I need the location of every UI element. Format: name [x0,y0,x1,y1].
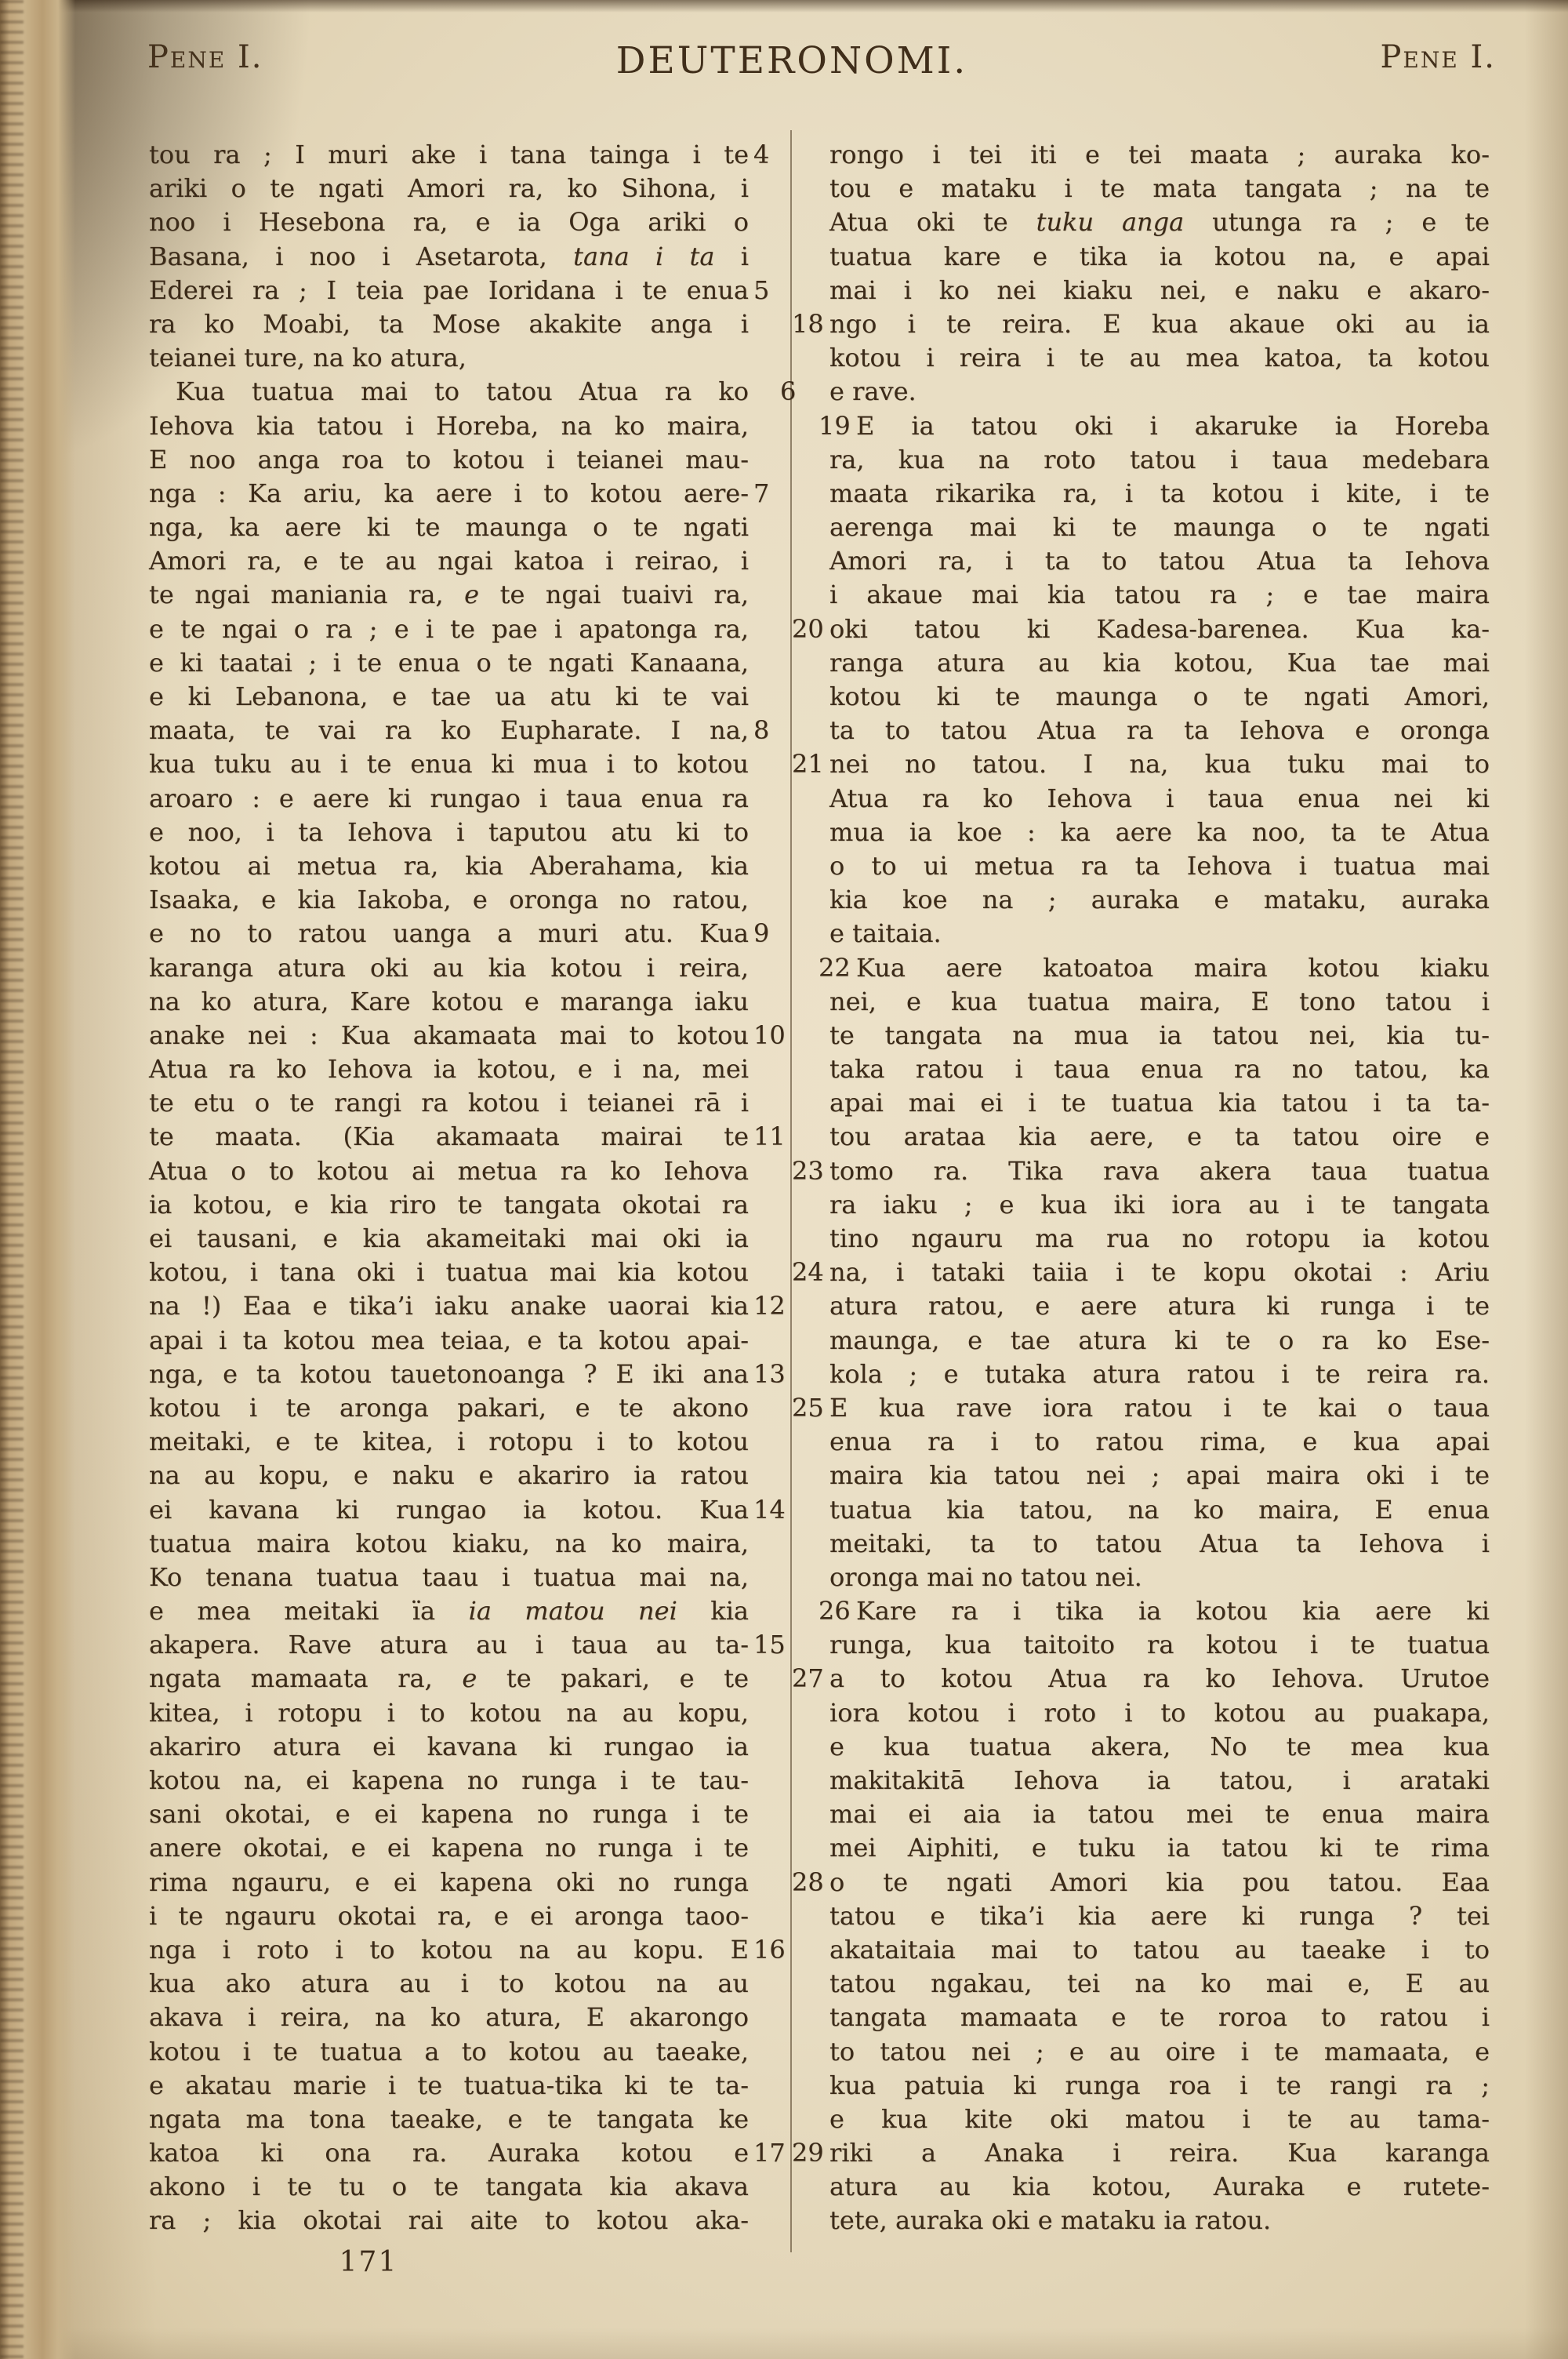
line-text: nga : Ka ariu, ka aere i to kotou aere- [149,478,749,508]
text-line: mua ia koe : ka aere ka noo, ta te Atua [829,816,1490,849]
text-line: akapera. Rave atura au i taua au ta-15 [149,1628,749,1662]
text-line: E noo anga roa to kotou i teianei mau- [149,443,749,477]
verse-number: 12 [753,1289,789,1323]
text-line: meitaki, ta to tatou Atua ta Iehova i [829,1527,1490,1561]
line-text: kotou i te tuatua a to kotou au taeake, [149,2037,749,2066]
line-text: kitea, i rotopu i to kotou na au kopu, [149,1698,749,1728]
line-text: ngata mamaata ra, e te pakari, e te [149,1663,749,1693]
text-line: na au kopu, e naku e akariro ia ratou [149,1459,749,1492]
verse-number: 19 [792,409,826,443]
text-line: tou ra ; I muri ake i tana tainga i te4 [149,138,749,172]
text-line: na, i tataki taiia i te kopu okotai : Ar… [829,1256,1490,1289]
line-text: e taitaia. [829,918,942,948]
line-text: ngo i te reira. E kua akaue oki au ia [829,309,1490,339]
text-line: kotou ki te maunga o te ngati Amori, [829,680,1490,714]
line-text: E noo anga roa to kotou i teianei mau- [149,445,749,474]
text-line: Basana, i noo i Asetarota, tana i ta i [149,240,749,274]
text-line: te maata. (Kia akamaata mairai te11 [149,1120,749,1154]
text-line: tuatua kia tatou, na ko maira, E enua [829,1493,1490,1527]
text-line: aerenga mai ki te maunga o te ngati [829,511,1490,544]
text-line: nga i roto i to kotou na au kopu. E16 [149,1933,749,1967]
line-text: mei Aiphiti, e tuku ia tatou ki te rima [829,1833,1490,1863]
line-text: Atua ra ko Iehova i taua enua nei ki [829,783,1490,813]
text-line: rongo i tei iti e tei maata ; auraka ko- [829,138,1490,172]
line-text: Atua o to kotou ai metua ra ko Iehova [149,1156,749,1186]
line-text: to tatou nei ; e au oire i te mamaata, e [829,2037,1490,2066]
line-text: kotou ki te maunga o te ngati Amori, [829,682,1490,711]
text-line: mai i ko nei kiaku nei, e naku e akaro- [829,274,1490,307]
text-line: tou e mataku i te mata tangata ; na te [829,172,1490,205]
text-line: e kua tuatua akera, No te mea kua [829,1730,1490,1764]
text-line: Ko tenana tuatua taau i tuatua mai na, [149,1561,749,1594]
text-line: meitaki, e te kitea, i rotopu i to kotou [149,1425,749,1459]
text-line: nei no tatou. I na, kua tuku mai to21 [829,747,1490,781]
line-text: Ederei ra ; I teia pae Ioridana i te enu… [149,275,749,305]
text-line: enua ra i to ratou rima, e kua apai [829,1425,1490,1459]
line-text: a to kotou Atua ra ko Iehova. Urutoe [829,1663,1490,1693]
line-text: Iehova kia tatou i Horeba, na ko maira, [149,411,749,441]
line-text: tomo ra. Tika rava akera taua tuatua [829,1156,1490,1186]
line-text: akariro atura ei kavana ki rungao ia [149,1732,749,1761]
line-text: tuatua kia tatou, na ko maira, E enua [829,1495,1490,1525]
text-line: Atua oki te tuku anga utunga ra ; e te [829,205,1490,239]
line-text: e ki taatai ; i te enua o te ngati Kanaa… [149,648,749,678]
line-text: e kua kite oki matou i te au tama- [829,2104,1490,2134]
text-line: tou arataa kia aere, e ta tatou oire e [829,1120,1490,1154]
page-number: 171 [339,2246,398,2278]
text-line: tomo ra. Tika rava akera taua tuatua23 [829,1154,1490,1188]
line-text: te tangata na mua ia tatou nei, kia tu- [829,1020,1490,1050]
text-line: Amori ra, e te au ngai katoa i reirao, i [149,544,749,578]
text-line: Ederei ra ; I teia pae Ioridana i te enu… [149,274,749,307]
line-text: e kua tuatua akera, No te mea kua [829,1732,1490,1761]
text-line: kotou i te tuatua a to kotou au taeake, [149,2035,749,2069]
line-text: nei no tatou. I na, kua tuku mai to [829,749,1490,779]
line-text: nga, ka aere ki te maunga o te ngati [149,512,749,542]
line-text: kotou ai metua ra, kia Aberahama, kia [149,851,749,881]
text-line: kotou, i tana oki i tuatua mai kia kotou [149,1256,749,1289]
line-text: anere okotai, e ei kapena no runga i te [149,1833,749,1863]
line-text: e rave. [829,376,916,406]
right-column: rongo i tei iti e tei maata ; auraka ko-… [829,138,1490,2238]
text-line: i te ngauru okotai ra, e ei aronga taoo- [149,1899,749,1933]
line-text: ta to tatou Atua ra ta Iehova e oronga [829,715,1490,745]
text-line: iora kotou i roto i to kotou au puakapa, [829,1696,1490,1730]
line-text: kotou i reira i te au mea katoa, ta koto… [829,343,1490,373]
text-line: ra ; kia okotai rai aite to kotou aka- [149,2204,749,2237]
book-gutter [0,0,75,2359]
text-line: e taitaia. [829,917,1490,951]
text-line: Atua o to kotou ai metua ra ko Iehova [149,1154,749,1188]
text-line: Amori ra, i ta to tatou Atua ta Iehova [829,544,1490,578]
verse-number: 20 [792,612,826,646]
line-text: tou ra ; I muri ake i tana tainga i te [149,140,749,169]
text-line: akava i reira, na ko atura, E akarongo [149,2001,749,2034]
text-line: Isaaka, e kia Iakoba, e oronga no ratou, [149,883,749,917]
text-line: kotou i te aronga pakari, e te akono [149,1391,749,1425]
line-text: atura au kia kotou, Auraka e rutete- [829,2172,1490,2201]
line-text: riki a Anaka i reira. Kua karanga [829,2138,1490,2168]
verse-number: 29 [792,2136,826,2170]
verse-number: 22 [792,951,826,985]
verse-number: 27 [792,1662,826,1696]
line-text: aerenga mai ki te maunga o te ngati [829,512,1490,542]
text-line: ranga atura au kia kotou, Kua tae mai [829,646,1490,680]
line-text: ra, kua na roto tatou i taua medebara [829,445,1490,474]
line-text: Kua aere katoatoa maira kotou kiaku [856,953,1490,983]
line-text: rongo i tei iti e tei maata ; auraka ko- [829,140,1490,169]
text-line: kua tuku au i te enua ki mua i to kotou [149,747,749,781]
text-line: anake nei : Kua akamaata mai to kotou10 [149,1019,749,1052]
text-line: tangata mamaata e te roroa to ratou i [829,2001,1490,2034]
text-line: na !) Eaa e tika’i iaku anake uaorai kia… [149,1289,749,1323]
line-text: kotou i te aronga pakari, e te akono [149,1393,749,1423]
text-line: anere okotai, e ei kapena no runga i te [149,1831,749,1865]
text-line: karanga atura oki au kia kotou i reira, [149,951,749,985]
verse-number: 26 [792,1594,826,1628]
verse-number: 25 [792,1391,826,1425]
text-line: Atua ra ko Iehova i taua enua nei ki [829,782,1490,816]
line-text: apai i ta kotou mea teiaa, e ta kotou ap… [149,1325,749,1355]
line-text: E ia tatou oki i akaruke ia Horeba [856,411,1490,441]
text-line: teianei ture, na ko atura, [149,341,749,375]
text-line: E kua rave iora ratou i te kai o taua25 [829,1391,1490,1425]
line-text: e mea meitaki ïa ia matou nei kia [149,1596,749,1626]
text-line: maata, te vai ra ko Eupharate. I na,8 [149,714,749,747]
line-text: ariki o te ngati Amori ra, ko Sihona, i [149,173,749,203]
line-text: te ngai maniania ra, e te ngai tuaivi ra… [149,580,749,609]
line-text: e akatau marie i te tuatua-tika ki te ta… [149,2070,749,2100]
line-text: na !) Eaa e tika’i iaku anake uaorai kia [149,1291,749,1321]
line-text: Atua oki te tuku anga utunga ra ; e te [829,207,1490,237]
line-text: aroaro : e aere ki rungao i taua enua ra [149,783,749,813]
text-line: kola ; e tutaka atura ratou i te reira r… [829,1358,1490,1391]
line-text: ra iaku ; e kua iki iora au i te tangata [829,1190,1490,1219]
line-text: tou e mataku i te mata tangata ; na te [829,173,1490,203]
text-line: tatou ngakau, tei na ko mai e, E au [829,1967,1490,2001]
text-line: taka ratou i taua enua ra no tatou, ka [829,1052,1490,1086]
line-text: meitaki, ta to tatou Atua ta Iehova i [829,1528,1490,1558]
text-line: kotou i reira i te au mea katoa, ta koto… [829,341,1490,375]
text-line: kotou na, ei kapena no runga i te tau- [149,1764,749,1797]
verse-number: 5 [753,274,789,307]
line-text: Basana, i noo i Asetarota, tana i ta i [149,242,749,271]
text-line: te tangata na mua ia tatou nei, kia tu- [829,1019,1490,1052]
verse-number: 13 [753,1358,789,1391]
line-text: tangata mamaata e te roroa to ratou i [829,2002,1490,2032]
text-line: atura ratou, e aere atura ki runga i te [829,1289,1490,1323]
line-text: akava i reira, na ko atura, E akarongo [149,2002,749,2032]
line-text: Amori ra, i ta to tatou Atua ta Iehova [829,546,1490,576]
line-text: te etu o te rangi ra kotou i teianei rā … [149,1088,749,1118]
line-text: nga, e ta kotou tauetonoanga ? E iki ana [149,1359,749,1389]
line-text: maunga, e tae atura ki te o ra ko Ese- [829,1325,1490,1355]
line-text: noo i Hesebona ra, e ia Oga ariki o [149,207,749,237]
line-text: tatou ngakau, tei na ko mai e, E au [829,1968,1490,1998]
text-line: kotou ai metua ra, kia Aberahama, kia [149,849,749,883]
text-line: i akaue mai kia tatou ra ; e tae maira [829,578,1490,612]
verse-number: 8 [753,714,789,747]
line-text: runga, kua taitoito ra kotou i te tuatua [829,1630,1490,1659]
line-text: Atua ra ko Iehova ia kotou, e i na, mei [149,1054,749,1084]
running-head-right: Pene I. [1380,39,1496,75]
text-line: Iehova kia tatou i Horeba, na ko maira, [149,409,749,443]
text-line: tuatua kare e tika ia kotou na, e apai [829,240,1490,274]
text-line: nei, e kua tuatua maira, E tono tatou i [829,985,1490,1019]
text-line: maira kia tatou nei ; apai maira oki i t… [829,1459,1490,1492]
text-line: e ki taatai ; i te enua o te ngati Kanaa… [149,646,749,680]
text-line: ia kotou, e kia riro te tangata okotai r… [149,1188,749,1222]
line-text: E kua rave iora ratou i te kai o taua [829,1393,1490,1423]
text-line: nga, e ta kotou tauetonoanga ? E iki ana… [149,1358,749,1391]
verse-number: 24 [792,1256,826,1289]
line-text: akataitaia mai to tatou au taeake i to [829,1935,1490,1965]
verse-number: 16 [753,1933,789,1967]
verse-number: 10 [753,1019,789,1052]
line-text: kola ; e tutaka atura ratou i te reira r… [829,1359,1490,1389]
text-line: to tatou nei ; e au oire i te mamaata, e [829,2035,1490,2069]
line-text: karanga atura oki au kia kotou i reira, [149,953,749,983]
line-text: akapera. Rave atura au i taua au ta- [149,1630,749,1659]
line-text: teianei ture, na ko atura, [149,343,466,373]
text-line: ei kavana ki rungao ia kotou. Kua14 [149,1493,749,1527]
line-text: iora kotou i roto i to kotou au puakapa, [829,1698,1490,1728]
text-line: a to kotou Atua ra ko Iehova. Urutoe27 [829,1662,1490,1696]
line-text: o to ui metua ra ta Iehova i tuatua mai [829,851,1490,881]
line-text: ei kavana ki rungao ia kotou. Kua [149,1495,749,1525]
text-line: kia koe na ; auraka e mataku, auraka [829,883,1490,917]
line-text: mai i ko nei kiaku nei, e naku e akaro- [829,275,1490,305]
text-line: e akatau marie i te tuatua-tika ki te ta… [149,2069,749,2103]
line-text: e no to ratou uanga a muri atu. Kua [149,918,749,948]
text-line: atura au kia kotou, Auraka e rutete- [829,2170,1490,2204]
text-line: ta to tatou Atua ra ta Iehova e oronga [829,714,1490,747]
line-text: kotou na, ei kapena no runga i te tau- [149,1765,749,1795]
verse-number: 7 [753,477,789,511]
text-line: o te ngati Amori kia pou tatou. Eaa28 [829,1866,1490,1899]
line-text: tatou e tika’i kia aere ki runga ? tei [829,1901,1490,1931]
line-text: tou arataa kia aere, e ta tatou oire e [829,1121,1490,1151]
text-line: nga, ka aere ki te maunga o te ngati [149,511,749,544]
text-line: e noo, i ta Iehova i taputou atu ki to [149,816,749,849]
text-line: na ko atura, Kare kotou e maranga iaku [149,985,749,1019]
text-line: ngata ma tona taeake, e te tangata ke [149,2103,749,2136]
text-line: ngata mamaata ra, e te pakari, e te [149,1662,749,1696]
text-line: tuatua maira kotou kiaku, na ko maira, [149,1527,749,1561]
text-line: rima ngauru, e ei kapena oki no runga [149,1866,749,1899]
line-text: oki tatou ki Kadesa-barenea. Kua ka- [829,614,1490,644]
line-text: meitaki, e te kitea, i rotopu i to kotou [149,1427,749,1456]
text-line: mai ei aia ia tatou mei te enua maira [829,1797,1490,1831]
text-line: runga, kua taitoito ra kotou i te tuatua [829,1628,1490,1662]
book-title: DEUTERONOMI. [616,39,967,82]
column-divider [790,130,792,2252]
line-text: apai mai ei i te tuatua kia tatou i ta t… [829,1088,1490,1118]
page-header: Pene I. DEUTERONOMI. Pene I. [0,39,1568,94]
text-line: te ngai maniania ra, e te ngai tuaivi ra… [149,578,749,612]
line-text: mua ia koe : ka aere ka noo, ta te Atua [829,817,1490,847]
verse-number: 11 [753,1120,789,1154]
text-line: Atua ra ko Iehova ia kotou, e i na, mei [149,1052,749,1086]
text-line: e kua kite oki matou i te au tama- [829,2103,1490,2136]
text-line: E ia tatou oki i akaruke ia Horeba19 [829,409,1490,443]
line-text: nei, e kua tuatua maira, E tono tatou i [829,987,1490,1016]
line-text: ngata ma tona taeake, e te tangata ke [149,2104,749,2134]
text-line: apai mai ei i te tuatua kia tatou i ta t… [829,1086,1490,1120]
line-text: tino ngauru ma rua no rotopu ia kotou [829,1223,1490,1253]
line-text: kua patuia ki runga roa i te rangi ra ; [829,2070,1490,2100]
text-line: sani okotai, e ei kapena no runga i te [149,1797,749,1831]
text-line: akariro atura ei kavana ki rungao ia [149,1730,749,1764]
line-text: e ki Lebanona, e tae ua atu ki te vai [149,682,749,711]
book-page: Pene I. DEUTERONOMI. Pene I. tou ra ; I … [0,0,1568,2359]
text-line: aroaro : e aere ki rungao i taua enua ra [149,782,749,816]
line-text: sani okotai, e ei kapena no runga i te [149,1799,749,1829]
line-text: Kare ra i tika ia kotou kia aere ki [856,1596,1490,1626]
text-line: Kua aere katoatoa maira kotou kiaku22 [829,951,1490,985]
text-line: tatou e tika’i kia aere ki runga ? tei [829,1899,1490,1933]
text-line: riki a Anaka i reira. Kua karanga29 [829,2136,1490,2170]
line-text: na au kopu, e naku e akariro ia ratou [149,1460,749,1490]
line-text: te maata. (Kia akamaata mairai te [149,1121,749,1151]
line-text: anake nei : Kua akamaata mai to kotou [149,1020,749,1050]
running-head-left: Pene I. [147,39,263,75]
text-line: mei Aiphiti, e tuku ia tatou ki te rima [829,1831,1490,1865]
line-text: atura ratou, e aere atura ki runga i te [829,1291,1490,1321]
line-text: tuatua maira kotou kiaku, na ko maira, [149,1528,749,1558]
line-text: i akaue mai kia tatou ra ; e tae maira [829,580,1490,609]
text-line: kitea, i rotopu i to kotou na au kopu, [149,1696,749,1730]
text-line: e rave. [829,375,1490,409]
text-line: apai i ta kotou mea teiaa, e ta kotou ap… [149,1324,749,1358]
text-line: ei tausani, e kia akameitaki mai oki ia [149,1222,749,1256]
line-text: maata rikarika ra, i ta kotou i kite, i … [829,478,1490,508]
verse-number: 6 [753,375,789,409]
line-text: na ko atura, Kare kotou e maranga iaku [149,987,749,1016]
text-line: kua patuia ki runga roa i te rangi ra ; [829,2069,1490,2103]
text-line: Kare ra i tika ia kotou kia aere ki26 [829,1594,1490,1628]
line-text: tuatua kare e tika ia kotou na, e apai [829,242,1490,271]
text-line: te etu o te rangi ra kotou i teianei rā … [149,1086,749,1120]
line-text: na, i tataki taiia i te kopu okotai : Ar… [829,1257,1490,1287]
text-line: ngo i te reira. E kua akaue oki au ia18 [829,307,1490,341]
verse-number: 9 [753,917,789,951]
text-line: katoa ki ona ra. Auraka kotou e17 [149,2136,749,2170]
line-text: Kua tuatua mai to tatou Atua ra ko [176,376,749,406]
verse-number: 28 [792,1866,826,1899]
text-line: ra, kua na roto tatou i taua medebara [829,443,1490,477]
text-line: e no to ratou uanga a muri atu. Kua9 [149,917,749,951]
line-text: e noo, i ta Iehova i taputou atu ki to [149,817,749,847]
line-text: ra ; kia okotai rai aite to kotou aka- [149,2205,749,2235]
line-text: rima ngauru, e ei kapena oki no runga [149,1867,749,1897]
text-line: noo i Hesebona ra, e ia Oga ariki o [149,205,749,239]
text-line: tino ngauru ma rua no rotopu ia kotou [829,1222,1490,1256]
text-line: e ki Lebanona, e tae ua atu ki te vai [149,680,749,714]
text-line: makitakitā Iehova ia tatou, i arataki [829,1764,1490,1797]
text-line: e te ngai o ra ; e i te pae i apatonga r… [149,612,749,646]
verse-number: 15 [753,1628,789,1662]
line-text: akono i te tu o te tangata kia akava [149,2172,749,2201]
line-text: o te ngati Amori kia pou tatou. Eaa [829,1867,1490,1897]
text-line: oki tatou ki Kadesa-barenea. Kua ka-20 [829,612,1490,646]
text-line: ariki o te ngati Amori ra, ko Sihona, i [149,172,749,205]
line-text: ranga atura au kia kotou, Kua tae mai [829,648,1490,678]
text-line: kua ako atura au i to kotou na au [149,1967,749,2001]
text-line: o to ui metua ra ta Iehova i tuatua mai [829,849,1490,883]
line-text: makitakitā Iehova ia tatou, i arataki [829,1765,1490,1795]
text-line: oronga mai no tatou nei. [829,1561,1490,1594]
line-text: kotou, i tana oki i tuatua mai kia kotou [149,1257,749,1287]
line-text: mai ei aia ia tatou mei te enua maira [829,1799,1490,1829]
verse-number: 18 [792,307,826,341]
line-text: katoa ki ona ra. Auraka kotou e [149,2138,749,2168]
line-text: maira kia tatou nei ; apai maira oki i t… [829,1460,1490,1490]
line-text: taka ratou i taua enua ra no tatou, ka [829,1054,1490,1084]
line-text: kia koe na ; auraka e mataku, auraka [829,885,1490,914]
line-text: kua ako atura au i to kotou na au [149,1968,749,1998]
line-text: Ko tenana tuatua taau i tuatua mai na, [149,1562,749,1592]
line-text: ei tausani, e kia akameitaki mai oki ia [149,1223,749,1253]
line-text: enua ra i to ratou rima, e kua apai [829,1427,1490,1456]
text-line: ra ko Moabi, ta Mose akakite anga i [149,307,749,341]
line-text: maata, te vai ra ko Eupharate. I na, [149,715,749,745]
text-line: akono i te tu o te tangata kia akava [149,2170,749,2204]
line-text: nga i roto i to kotou na au kopu. E [149,1935,749,1965]
text-line: ra iaku ; e kua iki iora au i te tangata [829,1188,1490,1222]
line-text: Isaaka, e kia Iakoba, e oronga no ratou, [149,885,749,914]
text-line: tete, auraka oki e mataku ia ratou. [829,2204,1490,2237]
verse-number: 17 [753,2136,789,2170]
line-text: tete, auraka oki e mataku ia ratou. [829,2205,1271,2235]
text-line: Kua tuatua mai to tatou Atua ra ko6 [149,375,749,409]
text-line: akataitaia mai to tatou au taeake i to [829,1933,1490,1967]
verse-number: 21 [792,747,826,781]
text-line: nga : Ka ariu, ka aere i to kotou aere-7 [149,477,749,511]
line-text: oronga mai no tatou nei. [829,1562,1142,1592]
line-text: ia kotou, e kia riro te tangata okotai r… [149,1190,749,1219]
line-text: i te ngauru okotai ra, e ei aronga taoo- [149,1901,749,1931]
left-column: tou ra ; I muri ake i tana tainga i te4a… [149,138,749,2238]
verse-number: 4 [753,138,789,172]
text-line: maata rikarika ra, i ta kotou i kite, i … [829,477,1490,511]
line-text: kua tuku au i te enua ki mua i to kotou [149,749,749,779]
line-text: Amori ra, e te au ngai katoa i reirao, i [149,546,749,576]
text-line: maunga, e tae atura ki te o ra ko Ese- [829,1324,1490,1358]
line-text: ra ko Moabi, ta Mose akakite anga i [149,309,749,339]
verse-number: 14 [753,1493,789,1527]
line-text: e te ngai o ra ; e i te pae i apatonga r… [149,614,749,644]
verse-number: 23 [792,1154,826,1188]
text-line: e mea meitaki ïa ia matou nei kia [149,1594,749,1628]
